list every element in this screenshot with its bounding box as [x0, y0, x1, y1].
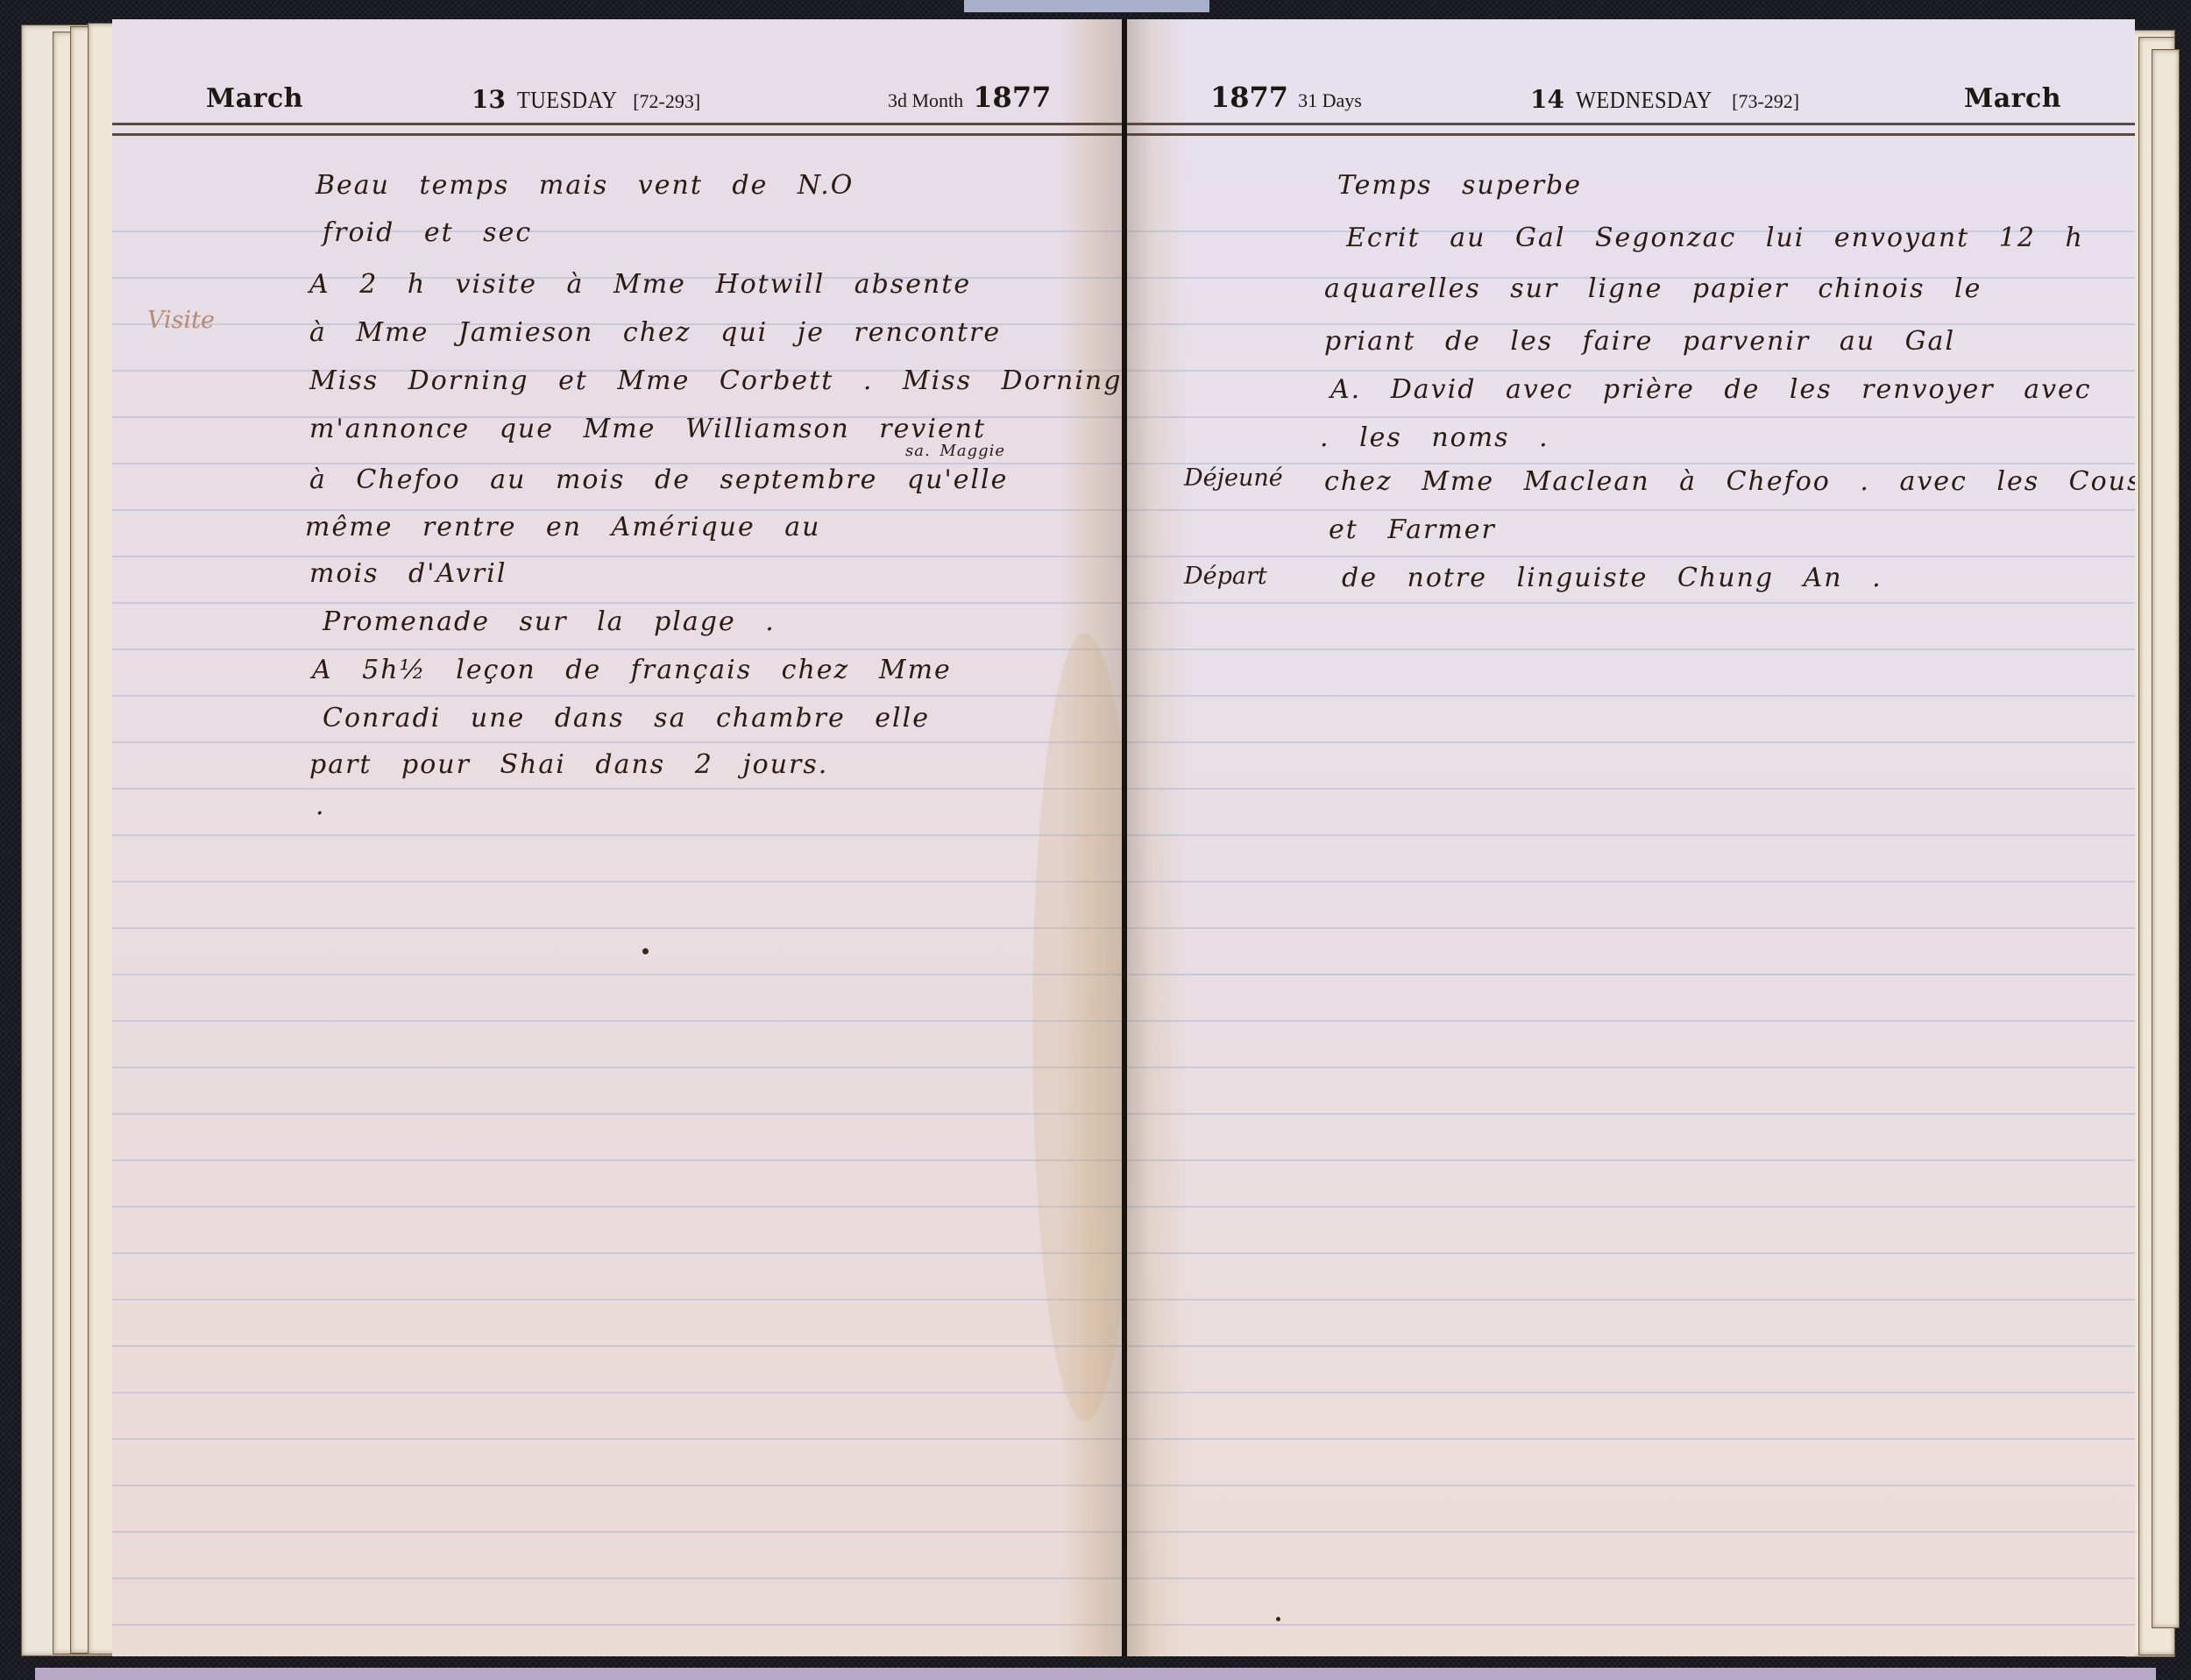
page-header: 1877 31 Days 14 WEDNESDAY [73-292] March	[1127, 61, 2135, 114]
handwritten-line: et Farmer	[1329, 514, 1496, 545]
header-day-range: [72-293]	[633, 90, 700, 112]
handwritten-line: Ecrit au Gal Segonzac lui envoyant 12 h	[1346, 223, 2084, 253]
ruled-lines	[112, 186, 1122, 1656]
ink-spot	[642, 948, 649, 954]
handwritten-line: part pour Shai dans 2 jours.	[309, 749, 828, 780]
margin-note-visite: Visite	[147, 307, 215, 334]
header-day-name: TUESDAY	[517, 87, 617, 114]
ink-spot	[1276, 1617, 1280, 1621]
handwritten-line: Temps superbe	[1337, 170, 1582, 201]
header-day: 14 WEDNESDAY [73-292]	[1530, 85, 1799, 114]
header-month: March	[1964, 83, 2061, 114]
header-days-label: 31 Days	[1298, 89, 1362, 111]
margin-note-depart: Départ	[1184, 563, 1267, 590]
handwritten-line: .	[316, 790, 326, 821]
handwritten-line: Conradi une dans sa chambre elle	[323, 703, 930, 734]
handwritten-line: mois d'Avril	[309, 558, 507, 589]
margin-note-dejeune: Déjeuné	[1184, 464, 1283, 492]
interlinear-note: sa. Maggie	[905, 442, 1005, 460]
handwritten-line: m'annonce que Mme Williamson revient	[309, 414, 986, 444]
header-day-name: WEDNESDAY	[1576, 87, 1712, 114]
handwritten-line: Miss Dorning et Mme Corbett . Miss Dorni…	[309, 365, 1122, 396]
page-header: March 13 TUESDAY [72-293] 3d Month 1877	[112, 61, 1122, 114]
header-year: 1877	[1210, 81, 1288, 114]
page-edges-right	[2152, 49, 2180, 1628]
handwritten-line: à Chefoo au mois de septembre qu'elle	[309, 464, 1008, 495]
header-month: March	[206, 83, 303, 114]
background-strip	[35, 1668, 2156, 1680]
header-year: 1877	[973, 81, 1051, 114]
handwritten-line: . les noms .	[1320, 422, 1549, 453]
handwritten-line: même rentre en Amérique au	[305, 512, 820, 542]
handwritten-line: A 2 h visite à Mme Hotwill absente	[309, 269, 971, 300]
ruled-lines	[1127, 186, 2135, 1656]
handwritten-line: chez Mme Maclean à Chefoo . avec les Cou…	[1324, 466, 2135, 497]
handwritten-line: Promenade sur la plage .	[323, 606, 776, 637]
header-double-rule	[112, 123, 1122, 136]
handwritten-line: de notre linguiste Chung An .	[1342, 563, 1883, 593]
handwritten-line: à Mme Jamieson chez qui je rencontre	[309, 317, 1001, 348]
handwritten-line: aquarelles sur ligne papier chinois le	[1324, 273, 1982, 304]
handwritten-line: A. David avec prière de les renvoyer ave…	[1330, 374, 2092, 405]
header-day-range: [73-292]	[1732, 90, 1799, 112]
left-page-march-13: March 13 TUESDAY [72-293] 3d Month 1877 …	[112, 19, 1124, 1656]
header-day-number: 13	[472, 85, 506, 114]
gutter-shadow	[1127, 19, 1188, 1656]
right-page-march-14: 1877 31 Days 14 WEDNESDAY [73-292] March…	[1124, 19, 2135, 1656]
header-month-label: 3d Month	[888, 89, 963, 111]
header-day: 13 TUESDAY [72-293]	[472, 85, 700, 114]
handwritten-line: froid et sec	[323, 217, 532, 248]
header-day-number: 14	[1530, 85, 1564, 114]
header-double-rule	[1127, 123, 2135, 136]
handwritten-line: Beau temps mais vent de N.O	[316, 170, 854, 201]
header-year-days: 1877 31 Days	[1210, 81, 1362, 114]
background-strip	[964, 0, 1209, 12]
handwritten-line: priant de les faire parvenir au Gal	[1324, 326, 1955, 357]
handwritten-line: A 5h½ leçon de français chez Mme	[312, 655, 952, 685]
header-month-year: 3d Month 1877	[888, 81, 1051, 114]
